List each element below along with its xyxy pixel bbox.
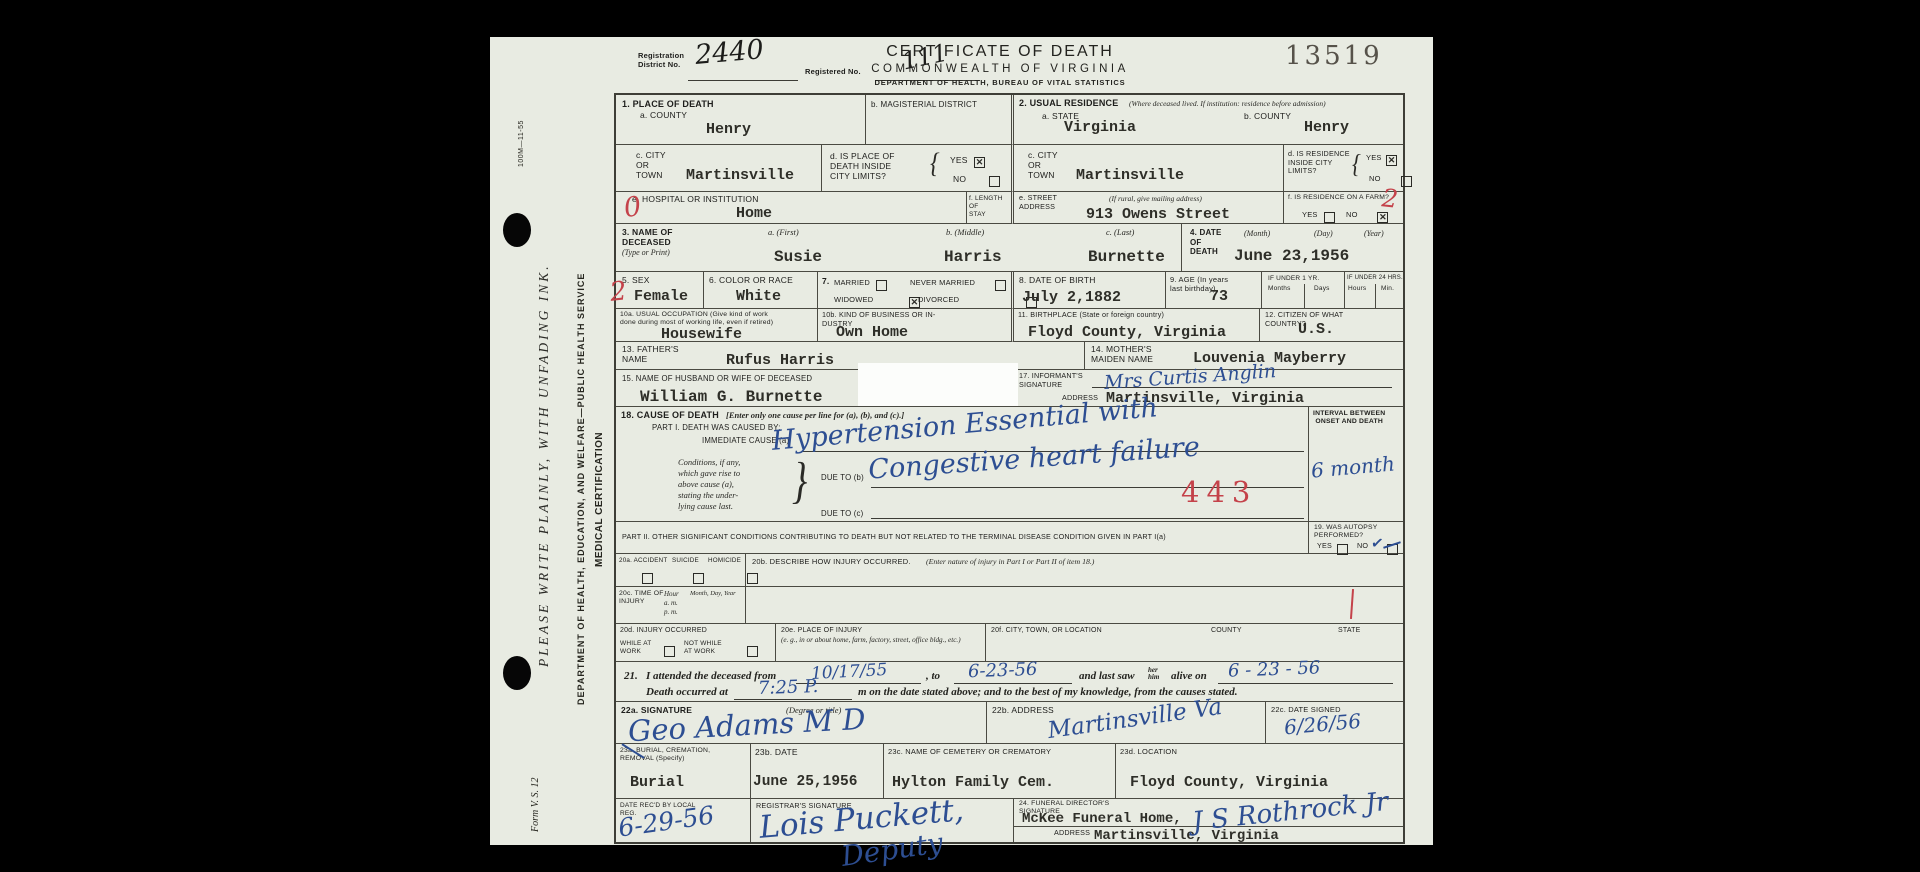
accident-checkbox (642, 573, 653, 584)
suicide-label: SUICIDE (672, 557, 699, 565)
never-married-checkbox (995, 280, 1006, 291)
month-day-year-label: Month, Day, Year (690, 590, 736, 597)
residence-city-cell: c. CITY OR TOWN Martinsville (1014, 145, 1284, 192)
bureau-subtitle: DEPARTMENT OF HEALTH, BUREAU OF VITAL ST… (800, 78, 1200, 87)
attended-number: 21. (624, 670, 638, 682)
birthplace-cell: 11. BIRTHPLACE (State or foreign country… (1014, 309, 1260, 342)
cause-part1-label: PART I. DEATH WAS CAUSED BY: (652, 423, 781, 432)
last-name-label: c. (Last) (1106, 227, 1134, 237)
cause-of-death-cell: 18. CAUSE OF DEATH [Enter only one cause… (616, 407, 1309, 522)
place-limits-yes-checkbox: ✕ (974, 157, 985, 168)
disposition-location-label: 23d. LOCATION (1120, 747, 1177, 756)
occupation-label: 10a. USUAL OCCUPATION (Give kind of work… (620, 311, 773, 327)
homicide-label: HOMICIDE (708, 557, 741, 565)
min-label: Min. (1381, 285, 1394, 293)
birthplace-label: 11. BIRTHPLACE (State or foreign country… (1018, 311, 1164, 320)
occupation-value: Housewife (661, 326, 742, 343)
magisterial-district-label: b. MAGISTERIAL DISTRICT (871, 100, 977, 110)
autopsy-check-mark-icon: ✓ (1370, 533, 1385, 553)
name-of-deceased-cell: 3. NAME OF DECEASED (Type or Print) a. (… (616, 224, 1182, 272)
age-value: 73 (1210, 288, 1228, 305)
place-of-injury-label: 20e. PLACE OF INJURY (781, 627, 862, 635)
him-label: him (1148, 673, 1159, 681)
brace-icon: { (1352, 148, 1361, 179)
place-city-limits-label: d. IS PLACE OF DEATH INSIDE CITY LIMITS? (830, 151, 895, 182)
attended-text-5: m on the date stated above; and to the b… (858, 686, 1237, 698)
commonwealth-subtitle: COMMONWEALTH OF VIRGINIA (800, 63, 1200, 75)
form-number: Form V. S. 12 (530, 737, 541, 832)
physician-address-cell: 22b. ADDRESS Martinsville Va (987, 702, 1266, 744)
time-of-injury-cell: 20c. TIME OF INJURY Hour a. m. p. m. Mon… (616, 587, 746, 624)
name-label-note: (Type or Print) (622, 248, 670, 257)
residence-limits-no-label: NO (1369, 174, 1381, 183)
street-address-cell: e. STREET ADDRESS (If rural, give mailin… (1014, 192, 1284, 224)
hours-label: Hours (1348, 285, 1366, 293)
first-name-label: a. (First) (768, 227, 799, 237)
residence-county-value: Henry (1304, 119, 1349, 136)
street-address-value: 913 Owens Street (1086, 206, 1230, 223)
under-1yr-divider (1304, 284, 1305, 308)
injury-county-label: COUNTY (1211, 627, 1242, 635)
funeral-address-label: ADDRESS (1054, 829, 1090, 838)
accident-suicide-homicide-cell: 20a. ACCIDENT SUICIDE HOMICIDE (616, 554, 746, 587)
registration-district-value: 2440 (694, 34, 765, 71)
hour-ampm-label: Hour a. m. p. m. (664, 590, 679, 617)
sex-value: Female (634, 288, 688, 305)
certificate-serial-number: 13519 (1285, 41, 1383, 71)
interval-label: INTERVAL BETWEEN ONSET AND DEATH (1313, 410, 1385, 426)
date-of-birth-value: July 2,1882 (1022, 289, 1121, 306)
age-cell: 9. AGE (In years last birthday) 73 (1166, 272, 1262, 309)
redaction-box (858, 363, 1018, 406)
never-married-label: NEVER MARRIED (910, 278, 975, 287)
hospital-cell: e. HOSPITAL OR INSTITUTION 0 Home (616, 192, 967, 224)
autopsy-cell: 19. WAS AUTOPSY PERFORMED? YES NO ✓ (1309, 522, 1403, 554)
hospital-label: e. HOSPITAL OR INSTITUTION (632, 194, 759, 204)
sex-red-mark: 2 (608, 276, 628, 308)
due-to-b-label: DUE TO (b) (821, 473, 864, 482)
injury-state-label: STATE (1338, 627, 1361, 635)
attended-text-2: , to (926, 670, 940, 682)
medical-certification-label: MEDICAL CERTIFICATION (594, 417, 605, 567)
widowed-label: WIDOWED (834, 295, 873, 304)
disposition-date-label: 23b. DATE (755, 747, 798, 757)
color-race-label: 6. COLOR OR RACE (709, 275, 793, 285)
informant-label: 17. INFORMANT'S SIGNATURE (1019, 372, 1083, 389)
under-1yr-label: IF UNDER 1 YR. (1268, 275, 1319, 283)
day-label: (Day) (1314, 229, 1333, 238)
place-of-death-county-cell: 1. PLACE OF DEATH a. COUNTY Henry (616, 95, 866, 145)
cause-code-stamp: 443 (1181, 475, 1257, 509)
street-address-note: (If rural, give mailing address) (1109, 194, 1202, 203)
first-name-value: Susie (774, 248, 822, 266)
months-label: Months (1268, 285, 1291, 293)
father-label: 13. FATHER'S NAME (622, 344, 679, 364)
place-of-injury-cell: 20e. PLACE OF INJURY (e. g., in or about… (776, 624, 986, 662)
disposition-cell: 23a. BURIAL, CREMATION, REMOVAL (Specify… (616, 744, 751, 799)
describe-injury-cell: 20b. DESCRIBE HOW INJURY OCCURRED. (Ente… (746, 554, 1403, 587)
certificate-form: 1. PLACE OF DEATH a. COUNTY Henry b. MAG… (614, 93, 1405, 844)
place-city-value: Martinsville (686, 167, 794, 184)
length-of-stay-cell: f. LENGTH OF STAY (967, 192, 1014, 224)
death-time-value: 7:25 P. (758, 676, 819, 699)
under-24hr-label: IF UNDER 24 HRS. (1347, 275, 1403, 282)
color-race-cell: 6. COLOR OR RACE White (704, 272, 818, 309)
autopsy-no-label: NO (1357, 542, 1368, 551)
funeral-home-value: McKee Funeral Home, (1022, 811, 1182, 827)
birthplace-value: Floyd County, Virginia (1028, 324, 1226, 341)
date-signed-cell: 22c. DATE SIGNED 6/26/56 (1266, 702, 1403, 744)
mother-label: 14. MOTHER'S MAIDEN NAME (1091, 344, 1153, 364)
color-race-value: White (736, 288, 781, 305)
name-label: 3. NAME OF DECEASED (622, 227, 673, 247)
disposition-location-value: Floyd County, Virginia (1130, 774, 1328, 791)
injury-occurred-label: 20d. INJURY OCCURRED (620, 627, 707, 635)
farm-yes-checkbox (1324, 212, 1335, 223)
spouse-label: 15. NAME OF HUSBAND OR WIFE OF DECEASED (622, 374, 812, 383)
brace-icon: { (930, 148, 940, 180)
x-mark-icon: ✕ (1387, 155, 1396, 165)
divorced-label: DIVORCED (918, 295, 959, 304)
funeral-director-cell: 24. FUNERAL DIRECTOR'S SIGNATURE McKee F… (1014, 799, 1403, 842)
x-mark-icon: ✕ (1378, 212, 1387, 222)
farm-no-label: NO (1346, 210, 1358, 219)
month-label: (Month) (1244, 229, 1270, 238)
date-of-death-cell: 4. DATE OF DEATH (Month) (Day) (Year) Ju… (1182, 224, 1403, 272)
time-of-injury-blank-cell (746, 587, 1403, 624)
accident-label: 20a. ACCIDENT (619, 557, 667, 565)
part2-cell: PART II. OTHER SIGNIFICANT CONDITIONS CO… (616, 522, 1309, 554)
place-city-label: c. CITY OR TOWN (636, 150, 666, 181)
place-county-label: a. COUNTY (640, 110, 687, 120)
residence-city-limits-label: d. IS RESIDENCE INSIDE CITY LIMITS? (1288, 150, 1350, 176)
death-time-line (734, 699, 852, 700)
cemetery-label: 23c. NAME OF CEMETERY OR CREMATORY (888, 747, 1051, 756)
date-of-birth-cell: 8. DATE OF BIRTH July 2,1882 (1014, 272, 1166, 309)
describe-injury-note: (Enter nature of injury in Part I or Par… (926, 557, 1094, 566)
under-24hr-cell: IF UNDER 24 HRS. Hours Min. (1345, 272, 1403, 309)
attended-text-1: I attended the deceased from (646, 670, 776, 682)
interval-cell: INTERVAL BETWEEN ONSET AND DEATH 6 month (1309, 407, 1403, 522)
autopsy-yes-label: YES (1317, 542, 1332, 551)
part2-label: PART II. OTHER SIGNIFICANT CONDITIONS CO… (622, 533, 1166, 542)
cause-title: 18. CAUSE OF DEATH (621, 410, 719, 421)
father-value: Rufus Harris (726, 352, 834, 369)
conditions-note: Conditions, if any, which gave rise to a… (678, 457, 740, 512)
injury-location-cell: 20f. CITY, TOWN, OR LOCATION COUNTY STAT… (986, 624, 1403, 662)
residence-limits-yes-label: YES (1366, 153, 1382, 162)
usual-residence-title: 2. USUAL RESIDENCE (1019, 98, 1118, 109)
cemetery-cell: 23c. NAME OF CEMETERY OR CREMATORY Hylto… (884, 744, 1116, 799)
time-of-injury-label: 20c. TIME OF INJURY (619, 590, 664, 606)
cause-line-c (871, 518, 1304, 519)
date-of-death-value: June 23,1956 (1234, 247, 1349, 265)
magisterial-district-cell: b. MAGISTERIAL DISTRICT (866, 95, 1014, 145)
stock-number: 100M—11-55 (518, 87, 525, 167)
sex-cell: 5. SEX 2 Female (616, 272, 704, 309)
place-limits-yes-label: YES (950, 155, 968, 165)
registration-underline (688, 80, 798, 81)
farm-yes-label: YES (1302, 210, 1318, 219)
physician-address-value: Martinsville Va (1046, 694, 1224, 744)
department-margin-note: DEPARTMENT OF HEALTH, EDUCATION, AND WEL… (576, 225, 586, 705)
under-1yr-cell: IF UNDER 1 YR. Months Days (1262, 272, 1345, 309)
citizen-cell: 12. CITIZEN OF WHAT COUNTRY? U.S. (1260, 309, 1403, 342)
marital-number: 7. (822, 276, 830, 286)
place-city-limits-cell: d. IS PLACE OF DEATH INSIDE CITY LIMITS?… (822, 145, 1014, 192)
alive-on-line (1218, 683, 1393, 684)
street-address-label: e. STREET ADDRESS (1019, 194, 1057, 211)
residence-farm-label: f. IS RESIDENCE ON A FARM? (1288, 194, 1389, 202)
date-received-cell: DATE REC'D BY LOCAL REG. 6-29-56 (616, 799, 751, 842)
place-limits-no-label: NO (953, 174, 966, 184)
describe-injury-label: 20b. DESCRIBE HOW INJURY OCCURRED. (752, 557, 911, 566)
disposition-date-value: June 25,1956 (753, 774, 857, 790)
last-name-value: Burnette (1088, 248, 1165, 266)
write-plainly-note: PLEASE WRITE PLAINLY, WITH UNFADING INK. (536, 187, 552, 667)
place-of-injury-note: (e. g., in or about home, farm, factory,… (781, 636, 976, 645)
residence-farm-cell: f. IS RESIDENCE ON A FARM? YES NO ✕ 2 (1284, 192, 1403, 224)
while-at-work-label: WHILE AT WORK (620, 640, 651, 656)
married-label: MARRIED (834, 278, 870, 287)
alive-on-value: 6 - 23 - 56 (1228, 657, 1321, 681)
under-24hr-divider (1375, 284, 1376, 308)
autopsy-label: 19. WAS AUTOPSY PERFORMED? (1314, 524, 1377, 540)
death-occurred-text: Death occurred at (646, 686, 728, 698)
date-of-birth-label: 8. DATE OF BIRTH (1019, 275, 1096, 285)
registration-district-label: Registration District No. (638, 51, 684, 69)
certificate-title: CERTIFICATE OF DEATH (800, 43, 1200, 61)
residence-state-value: Virginia (1064, 119, 1136, 136)
punch-hole-bottom (503, 656, 531, 690)
physician-signature-cell: 22a. SIGNATURE (Degree or title) Geo Ada… (616, 702, 987, 744)
business-value: Own Home (836, 324, 908, 341)
attended-text-4: alive on (1171, 670, 1207, 682)
spouse-value: William G. Burnette (640, 388, 822, 406)
residence-city-value: Martinsville (1076, 167, 1184, 184)
length-of-stay-label: f. LENGTH OF STAY (969, 195, 1011, 218)
residence-city-label: c. CITY OR TOWN (1028, 150, 1058, 181)
farm-red-mark: 2 (1381, 183, 1400, 214)
year-label: (Year) (1364, 229, 1384, 238)
attended-to-value: 6-23-56 (968, 659, 1038, 682)
citizen-value: U.S. (1298, 321, 1334, 338)
residence-limits-yes-checkbox: ✕ (1386, 155, 1397, 166)
physician-address-label: 22b. ADDRESS (992, 705, 1054, 715)
place-of-death-title: 1. PLACE OF DEATH (622, 99, 714, 110)
place-city-cell: c. CITY OR TOWN Martinsville (616, 145, 822, 192)
date-of-death-label: 4. DATE OF DEATH (1190, 228, 1221, 257)
not-while-at-work-checkbox (747, 646, 758, 657)
attended-text-3: and last saw (1079, 670, 1135, 682)
attended-to-line (954, 683, 1072, 684)
attended-statement-cell: 21. I attended the deceased from 10/17/5… (616, 662, 1403, 702)
days-label: Days (1314, 285, 1330, 293)
occupation-cell: 10a. USUAL OCCUPATION (Give kind of work… (616, 309, 818, 342)
due-to-c-label: DUE TO (c) (821, 509, 863, 518)
marital-status-cell: 7. MARRIED NEVER MARRIED WIDOWED ✕ DIVOR… (818, 272, 1014, 309)
usual-residence-note: (Where deceased lived. If institution: r… (1129, 99, 1326, 108)
registrar-signature-cell: REGISTRAR'S SIGNATURE Lois Puckett, Depu… (751, 799, 1014, 842)
injury-occurred-cell: 20d. INJURY OCCURRED WHILE AT WORK NOT W… (616, 624, 776, 662)
interval-value: 6 month (1310, 451, 1396, 482)
residence-limits-no-checkbox (1401, 176, 1412, 187)
suicide-checkbox (693, 573, 704, 584)
middle-name-label: b. (Middle) (946, 227, 984, 237)
disposition-value: Burial (630, 774, 684, 791)
business-cell: 10b. KIND OF BUSINESS OR IN- DUSTRY Own … (818, 309, 1014, 342)
place-county-value: Henry (706, 121, 751, 138)
death-certificate-scan: 100M—11-55 PLEASE WRITE PLAINLY, WITH UN… (490, 37, 1433, 845)
place-limits-no-checkbox (989, 176, 1000, 187)
residence-county-label: b. COUNTY (1244, 111, 1291, 121)
brace-icon: } (792, 451, 807, 510)
cemetery-value: Hylton Family Cem. (892, 774, 1054, 791)
x-mark-icon: ✕ (975, 157, 984, 167)
injury-city-label: 20f. CITY, TOWN, OR LOCATION (991, 627, 1102, 635)
hospital-value: Home (736, 205, 772, 222)
farm-no-checkbox: ✕ (1377, 212, 1388, 223)
attended-from-value: 10/17/55 (811, 660, 888, 684)
punch-hole-top (503, 213, 531, 247)
middle-name-value: Harris (944, 248, 1002, 266)
while-at-work-checkbox (664, 646, 675, 657)
married-checkbox (876, 280, 887, 291)
disposition-date-cell: 23b. DATE June 25,1956 (751, 744, 884, 799)
not-while-at-work-label: NOT WHILE AT WORK (684, 640, 722, 656)
usual-residence-cell: 2. USUAL RESIDENCE (Where deceased lived… (1014, 95, 1403, 145)
